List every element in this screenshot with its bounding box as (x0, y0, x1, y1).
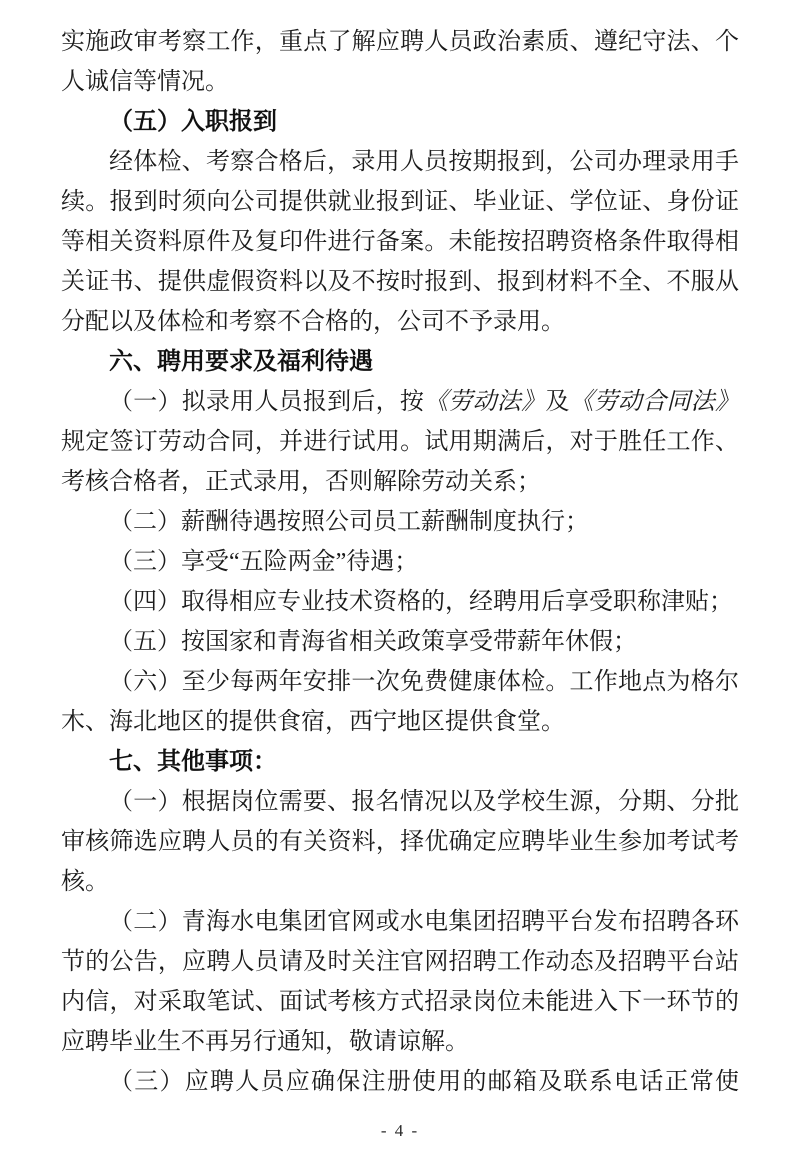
para-other-1-screening: （一）根据岗位需要、报名情况以及学校生源，分期、分批审核筛选应聘人员的有关资料，… (61, 782, 739, 902)
para-political-review-continued: 实施政审考察工作，重点了解应聘人员政治素质、遵纪守法、个人诚信等情况。 (61, 22, 739, 102)
document-page: 实施政审考察工作，重点了解应聘人员政治素质、遵纪守法、个人诚信等情况。 （五）入… (0, 0, 800, 1170)
para-benefit-1-text-c: 规定签订劳动合同，并进行试用。试用期满后，对于胜任工作、考核合格者，正式录用，否… (61, 429, 739, 495)
heading-section-5-onboarding: （五）入职报到 (61, 102, 739, 142)
para-benefit-3-insurance: （三）享受“五险两金”待遇； (61, 542, 739, 582)
law-name-labor-law: 《劳动法》 (424, 389, 545, 415)
para-benefit-5-paid-leave: （五）按国家和青海省相关政策享受带薪年休假； (61, 622, 739, 662)
para-benefit-2-salary: （二）薪酬待遇按照公司员工薪酬制度执行； (61, 502, 739, 542)
para-benefit-4-title-allowance: （四）取得相应专业技术资格的，经聘用后享受职称津贴； (61, 582, 739, 622)
para-benefit-1-text-b: 及 (545, 389, 569, 415)
law-name-labor-contract-law: 《劳动合同法》 (570, 389, 739, 415)
para-other-3-contact-info-cutoff: （三）应聘人员应确保注册使用的邮箱及联系电话正常使 (61, 1062, 739, 1102)
document-body: 实施政审考察工作，重点了解应聘人员政治素质、遵纪守法、个人诚信等情况。 （五）入… (61, 22, 739, 1102)
para-benefit-1-labor-contract: （一）拟录用人员报到后，按《劳动法》及《劳动合同法》规定签订劳动合同，并进行试用… (61, 382, 739, 502)
page-number: - 4 - (0, 1119, 800, 1143)
para-onboarding-requirements: 经体检、考察合格后，录用人员按期报到，公司办理录用手续。报到时须向公司提供就业报… (61, 142, 739, 342)
heading-section-6-employment-benefits: 六、聘用要求及福利待遇 (61, 342, 739, 382)
heading-section-7-other-matters: 七、其他事项： (61, 742, 739, 782)
para-other-2-announcements: （二）青海水电集团官网或水电集团招聘平台发布招聘各环节的公告，应聘人员请及时关注… (61, 902, 739, 1062)
para-benefit-6-health-check: （六）至少每两年安排一次免费健康体检。工作地点为格尔木、海北地区的提供食宿，西宁… (61, 662, 739, 742)
para-benefit-1-text-a: （一）拟录用人员报到后，按 (109, 389, 424, 415)
